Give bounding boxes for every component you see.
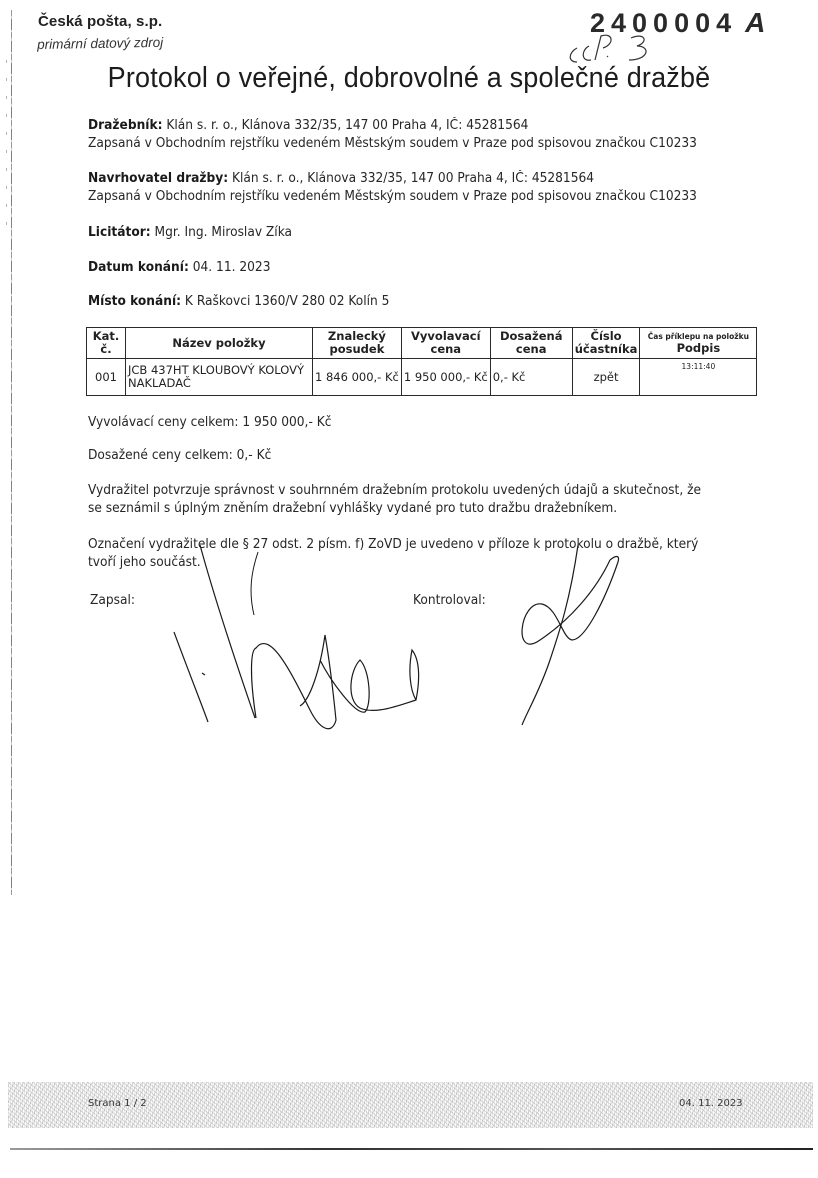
col-expert: Znaleckýposudek	[313, 328, 402, 359]
col-participant: Čísloúčastníka	[572, 328, 640, 359]
cell-name: JCB 437HT KLOUBOVÝ KOLOVÝ NAKLADAČ	[126, 359, 313, 396]
place-value: K Raškovci 1360/V 280 02 Kolín 5	[185, 294, 390, 309]
date-line: Datum konání: 04. 11. 2023	[88, 258, 270, 278]
licitator-value: Mgr. Ing. Miroslav Zíka	[155, 225, 293, 240]
auctioneer-label: Dražebník:	[88, 118, 162, 133]
signature-recorder	[160, 540, 460, 740]
auctioneer-value: Klán s. r. o., Klánova 332/35, 147 00 Pr…	[166, 118, 528, 133]
proposer-line: Navrhovatel dražby: Klán s. r. o., Kláno…	[88, 169, 594, 189]
cell-achieved: 0,- Kč	[490, 359, 572, 396]
cell-participant: zpět	[572, 359, 640, 396]
col-achieved: Dosaženácena	[490, 328, 572, 359]
proposer-value: Klán s. r. o., Klánova 332/35, 147 00 Pr…	[232, 171, 594, 186]
date-value: 04. 11. 2023	[193, 260, 271, 275]
col-signature: Čas příklepu na položkuPodpis	[640, 328, 757, 359]
signature-checker	[500, 540, 640, 730]
table-row: 001 JCB 437HT KLOUBOVÝ KOLOVÝ NAKLADAČ 1…	[87, 359, 757, 396]
table-header-row: Kat. č. Název položky Znaleckýposudek Vy…	[87, 328, 757, 359]
scan-edge	[11, 10, 12, 895]
issuer-name: Česká pošta, s.p.	[38, 13, 162, 30]
col-name: Název položky	[126, 328, 313, 359]
col-starting: Vyvolavacícena	[401, 328, 490, 359]
document-title: Protokol o veřejné, dobrovolné a společn…	[29, 62, 790, 95]
footer-date: 04. 11. 2023	[679, 1098, 743, 1109]
licitator-line: Licitátor: Mgr. Ing. Miroslav Zíka	[88, 223, 292, 243]
items-table: Kat. č. Název položky Znaleckýposudek Vy…	[86, 327, 757, 396]
statement-1a: Vydražitel potvrzuje správnost v souhrnn…	[88, 481, 701, 501]
cell-kat: 001	[87, 359, 126, 396]
proposer-registry: Zapsaná v Obchodním rejstříku vedeném Mě…	[88, 187, 697, 207]
recorded-by-label: Zapsal:	[90, 591, 135, 611]
total-starting: Vyvolávací ceny celkem: 1 950 000,- Kč	[88, 413, 331, 433]
statement-1b: se seznámil s úplným zněním dražební vyh…	[88, 499, 617, 519]
date-label: Datum konání:	[88, 260, 189, 275]
cell-time: 13:11:40	[640, 359, 757, 396]
footer-rule	[10, 1148, 813, 1150]
place-line: Místo konání: K Raškovci 1360/V 280 02 K…	[88, 292, 389, 312]
auctioneer-registry: Zapsaná v Obchodním rejstříku vedeném Mě…	[88, 134, 697, 154]
footer-page: Strana 1 / 2	[88, 1098, 147, 1109]
cell-starting: 1 950 000,- Kč	[401, 359, 490, 396]
auctioneer-line: Dražebník: Klán s. r. o., Klánova 332/35…	[88, 116, 528, 136]
issuer-subtitle: primární datový zdroj	[37, 35, 163, 52]
scan-edge-dashes	[6, 60, 7, 240]
cell-expert: 1 846 000,- Kč	[313, 359, 402, 396]
licitator-label: Licitátor:	[88, 225, 151, 240]
place-label: Místo konání:	[88, 294, 181, 309]
document-number-suffix: A	[745, 7, 765, 38]
handwritten-note	[565, 26, 685, 66]
col-kat: Kat. č.	[87, 328, 126, 359]
total-achieved: Dosažené ceny celkem: 0,- Kč	[88, 446, 271, 466]
proposer-label: Navrhovatel dražby:	[88, 171, 228, 186]
